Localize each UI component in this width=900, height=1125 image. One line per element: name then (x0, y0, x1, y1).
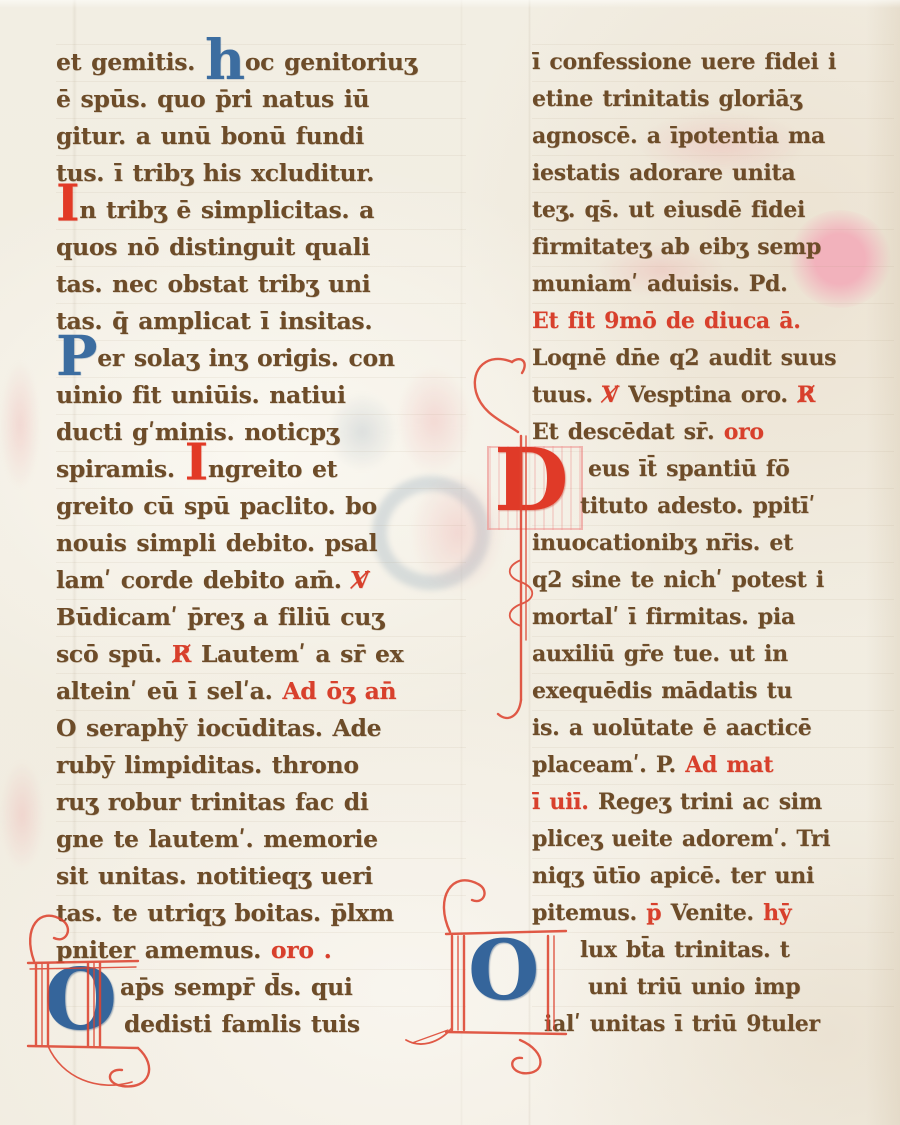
text-line: spiramis. Ingreito et (56, 451, 466, 488)
text-segment: ap̄s sempr̄ d̄s. qui (120, 973, 352, 1001)
text-line: Et descēdat sr̄. oro (532, 414, 894, 451)
text-segment: ī confessione uere fidei i (532, 49, 836, 75)
text-segment: is. a uolūtate ē aacticē (532, 715, 812, 741)
text-segment: pniter amemus. (56, 936, 271, 964)
rubric-segment: oro (724, 419, 764, 445)
rubric-segment: Et fit 9mō de diuca ā. (532, 308, 801, 334)
text-line: ē spūs. quo p̄ri natus iū (56, 81, 466, 118)
text-line: pitemus. p̄ Venite. hȳ (532, 895, 894, 932)
text-segment: Venite. (671, 900, 763, 926)
text-segment: auxiliū gr̄e tue. ut in (532, 641, 788, 667)
text-segment: agnoscē. a īpotentia ma (532, 123, 825, 149)
text-segment: Loqnē dn̄e q2 audit suus (532, 345, 836, 371)
text-segment: lux bt̄a trinitas. t (580, 937, 790, 963)
text-line: ducti gʹminis. noticpʒ (56, 414, 466, 451)
text-segment: nouis simpli debito. psal (56, 529, 377, 557)
text-segment: rubȳ limpiditas. throno (56, 751, 359, 779)
text-line: eus īt̄ spantiū fō̄ (532, 451, 894, 488)
text-segment: dedisti famlis tuis (124, 1010, 360, 1038)
text-line: tas. q̄ amplicat ī insitas. (56, 303, 466, 340)
text-line: tus. ī tribʒ his xcluditur. (56, 155, 466, 192)
text-segment: ngreito et (208, 455, 337, 483)
text-line: ī confessione uere fidei i (532, 44, 894, 81)
text-segment: pliceʒ ueite adoremʹ. Tri (532, 826, 830, 852)
text-line: rubȳ limpiditas. throno (56, 747, 466, 784)
text-segment: tas. nec obstat tribʒ uni (56, 270, 370, 298)
text-line: agnoscē. a īpotentia ma (532, 118, 894, 155)
text-line: gne te lautemʹ. memorie (56, 821, 466, 858)
text-line: ap̄s sempr̄ d̄s. qui (56, 969, 466, 1006)
text-line: nouis simpli debito. psal (56, 525, 466, 562)
top-edge-light (0, 0, 900, 8)
text-segment: tas. q̄ amplicat ī insitas. (56, 307, 372, 335)
text-line: tituto adesto. ppitīʹ (532, 488, 894, 525)
text-line: etine trinitatis gloriāʒ (532, 81, 894, 118)
text-line: pniter amemus. oro . (56, 932, 466, 969)
text-segment: muniamʹ aduisis. Pd. (532, 271, 787, 297)
text-line: greito cū spū paclito. bo (56, 488, 466, 525)
text-line: iestatis adorare unita (532, 155, 894, 192)
text-line: tuus. V̸ Vesptina oro. R̸ (532, 377, 894, 414)
text-line: exequēdis mādatis tu (532, 673, 894, 710)
text-segment: gitur. a unū bonū fundi (56, 122, 364, 150)
rubric-segment: R̸ (172, 640, 201, 668)
text-segment: n tribʒ ē simplicitas. a (79, 196, 374, 224)
rubric-segment: hȳ (763, 900, 791, 926)
text-segment: scō spū. (56, 640, 172, 668)
text-segment: Lautemʹ a sr̄ ex (201, 640, 403, 668)
text-segment: gne te lautemʹ. memorie (56, 825, 378, 853)
text-segment: tas. te utriqʒ boitas. p̄lxm (56, 899, 394, 927)
text-segment: ē spūs. quo p̄ri natus iū (56, 85, 369, 113)
text-line: sit unitas. notitieqʒ ueri (56, 858, 466, 895)
text-segment: lamʹ corde debito am̄. (56, 566, 352, 594)
text-line: uinio fit uniūis. natiui (56, 377, 466, 414)
verso-ghost-left-margin-low (0, 760, 44, 870)
text-segment: pitemus. (532, 900, 646, 926)
text-segment: greito cū spū paclito. bo (56, 492, 377, 520)
text-line: auxiliū gr̄e tue. ut in (532, 636, 894, 673)
text-line: inuocationibʒ nr̄is. et (532, 525, 894, 562)
text-line: tas. te utriqʒ boitas. p̄lxm (56, 895, 466, 932)
inline-drop-cap: I (56, 174, 79, 233)
text-line: uni triū unio imp (532, 969, 894, 1006)
text-line: Et fit 9mō de diuca ā. (532, 303, 894, 340)
text-line: scō spū. R̸ Lautemʹ a sr̄ ex (56, 636, 466, 673)
left-text-column: et gemitis. hoc genitoriuʒē spūs. quo p̄… (56, 44, 466, 1043)
text-segment: Būdicamʹ p̄reʒ a filiū cuʒ (56, 603, 384, 631)
text-segment: alteinʹ eū ī selʹa. (56, 677, 282, 705)
text-line: teʒ. qs̄. ut eiusdē fidei (532, 192, 894, 229)
text-line: Būdicamʹ p̄reʒ a filiū cuʒ (56, 599, 466, 636)
rubric-segment: Ad mat (685, 752, 773, 778)
text-segment: Et descēdat sr̄. (532, 419, 724, 445)
text-segment: iestatis adorare unita (532, 160, 795, 186)
text-line: quos nō distinguit quali (56, 229, 466, 266)
rubric-segment: ī uiī. (532, 789, 598, 815)
text-line: q2 sine te nichʹ potest i (532, 562, 894, 599)
rubric-segment: R̸ (797, 382, 815, 408)
text-line: In tribʒ ē simplicitas. a (56, 192, 466, 229)
rubric-segment: Ad ōʒ an̄ (282, 677, 396, 705)
text-segment: tus. ī tribʒ his xcluditur. (56, 159, 374, 187)
text-line: ī uiī. Regeʒ trini ac sim (532, 784, 894, 821)
text-line: niqʒ ūtīo apicē. ter uni (532, 858, 894, 895)
text-segment: inuocationibʒ nr̄is. et (532, 530, 793, 556)
text-line: firmitateʒ ab eibʒ semp (532, 229, 894, 266)
text-segment: teʒ. qs̄. ut eiusdē fidei (532, 197, 805, 223)
text-line: lamʹ corde debito am̄. V̸ (56, 562, 466, 599)
text-segment: oc genitoriuʒ (245, 48, 417, 76)
text-segment: sit unitas. notitieqʒ ueri (56, 862, 373, 890)
text-segment: et gemitis. (56, 48, 205, 76)
text-segment: ruʒ robur trinitas fac di (56, 788, 368, 816)
text-segment: firmitateʒ ab eibʒ semp (532, 234, 821, 260)
text-line: placeamʹ. P. Ad mat (532, 747, 894, 784)
text-segment: niqʒ ūtīo apicē. ter uni (532, 863, 814, 889)
text-segment: eus īt̄ spantiū fō̄ (588, 456, 789, 482)
text-line: dedisti famlis tuis (56, 1006, 466, 1043)
text-segment: Regeʒ trini ac sim (598, 789, 822, 815)
text-segment: etine trinitatis gloriāʒ (532, 86, 802, 112)
text-line: Loqnē dn̄e q2 audit suus (532, 340, 894, 377)
text-segment: mortalʹ ī firmitas. pia (532, 604, 795, 630)
text-segment: tuus. (532, 382, 602, 408)
rubric-segment: p̄ (646, 900, 670, 926)
inline-drop-cap: I (185, 433, 208, 492)
text-segment: exequēdis mādatis tu (532, 678, 792, 704)
text-line: is. a uolūtate ē aacticē (532, 710, 894, 747)
text-segment: q2 sine te nichʹ potest i (532, 567, 824, 593)
text-segment: ialʹ unitas ī triū 9tuler (544, 1011, 820, 1037)
gutter-ruling-line (528, 0, 531, 1125)
text-segment: O seraphȳ iocūditas. Ade (56, 714, 381, 742)
text-segment: placeamʹ. P. (532, 752, 685, 778)
text-line: ruʒ robur trinitas fac di (56, 784, 466, 821)
text-line: alteinʹ eū ī selʹa. Ad ōʒ an̄ (56, 673, 466, 710)
text-line: O seraphȳ iocūditas. Ade (56, 710, 466, 747)
text-segment: spiramis. (56, 455, 185, 483)
text-line: Per solaʒ inʒ origis. con (56, 340, 466, 377)
rubric-segment: V̸ (602, 382, 628, 408)
text-segment: tituto adesto. ppitīʹ (580, 493, 815, 519)
text-segment: uinio fit uniūis. natiui (56, 381, 346, 409)
text-segment: uni triū unio imp (588, 974, 800, 1000)
text-line: et gemitis. hoc genitoriuʒ (56, 44, 466, 81)
text-segment: Vesptina oro. (628, 382, 797, 408)
text-line: ialʹ unitas ī triū 9tuler (532, 1006, 894, 1043)
text-segment: er solaʒ inʒ origis. con (97, 344, 394, 372)
manuscript-page: et gemitis. hoc genitoriuʒē spūs. quo p̄… (0, 0, 900, 1125)
rubric-segment: oro . (271, 936, 332, 964)
text-line: gitur. a unū bonū fundi (56, 118, 466, 155)
text-line: muniamʹ aduisis. Pd. (532, 266, 894, 303)
text-line: lux bt̄a trinitas. t (532, 932, 894, 969)
right-text-column: ī confessione uere fidei ietine trinitat… (532, 44, 894, 1043)
text-line: pliceʒ ueite adoremʹ. Tri (532, 821, 894, 858)
text-segment: quos nō distinguit quali (56, 233, 370, 261)
rubric-segment: V̸ (352, 566, 370, 594)
text-line: tas. nec obstat tribʒ uni (56, 266, 466, 303)
drop-cap-o-right: O (468, 930, 539, 1012)
verso-ghost-left-margin (0, 360, 40, 490)
text-line: mortalʹ ī firmitas. pia (532, 599, 894, 636)
